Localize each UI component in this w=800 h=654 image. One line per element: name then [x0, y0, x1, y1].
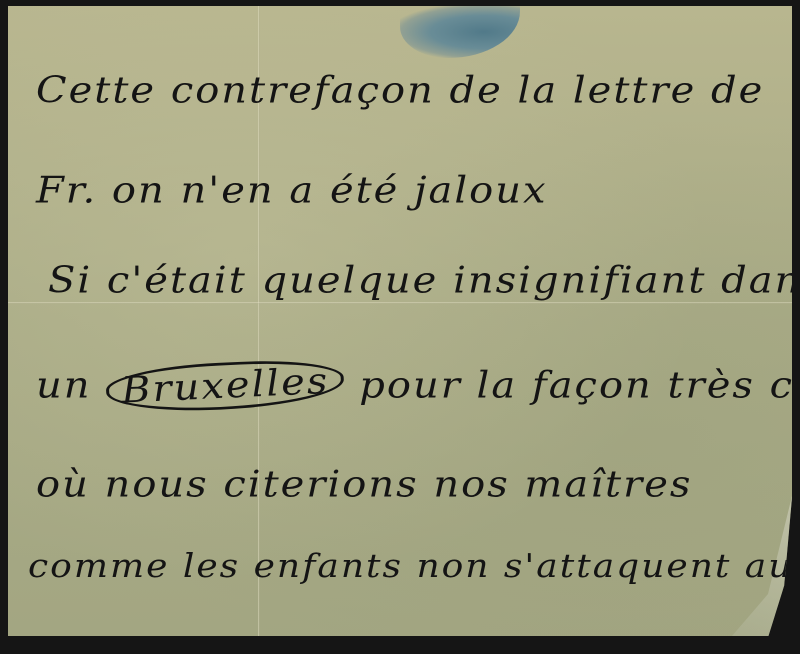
- handwritten-line-1: Cette contrefaçon de la lettre de: [36, 70, 792, 111]
- handwritten-line-4: un Bruxelles pour la façon très claire: [36, 363, 792, 410]
- blue-ink-stain: [400, 6, 520, 58]
- handwritten-line-5: où nous citerions nos maîtres: [36, 464, 792, 505]
- horizontal-fold-line: [8, 302, 792, 304]
- handwritten-line-2: Fr. on n'en a été jaloux: [36, 170, 792, 211]
- line-4-prefix: un: [36, 365, 92, 406]
- circled-word: Bruxelles: [105, 357, 346, 415]
- handwritten-line-3: Si c'était quelque insignifiant dans: [48, 260, 792, 301]
- line-4-suffix: pour la façon très claire: [359, 365, 800, 406]
- handwritten-line-6: comme les enfants non s'attaquent aux au…: [28, 548, 792, 585]
- manuscript-sheet: Cette contrefaçon de la lettre de Fr. on…: [8, 6, 792, 636]
